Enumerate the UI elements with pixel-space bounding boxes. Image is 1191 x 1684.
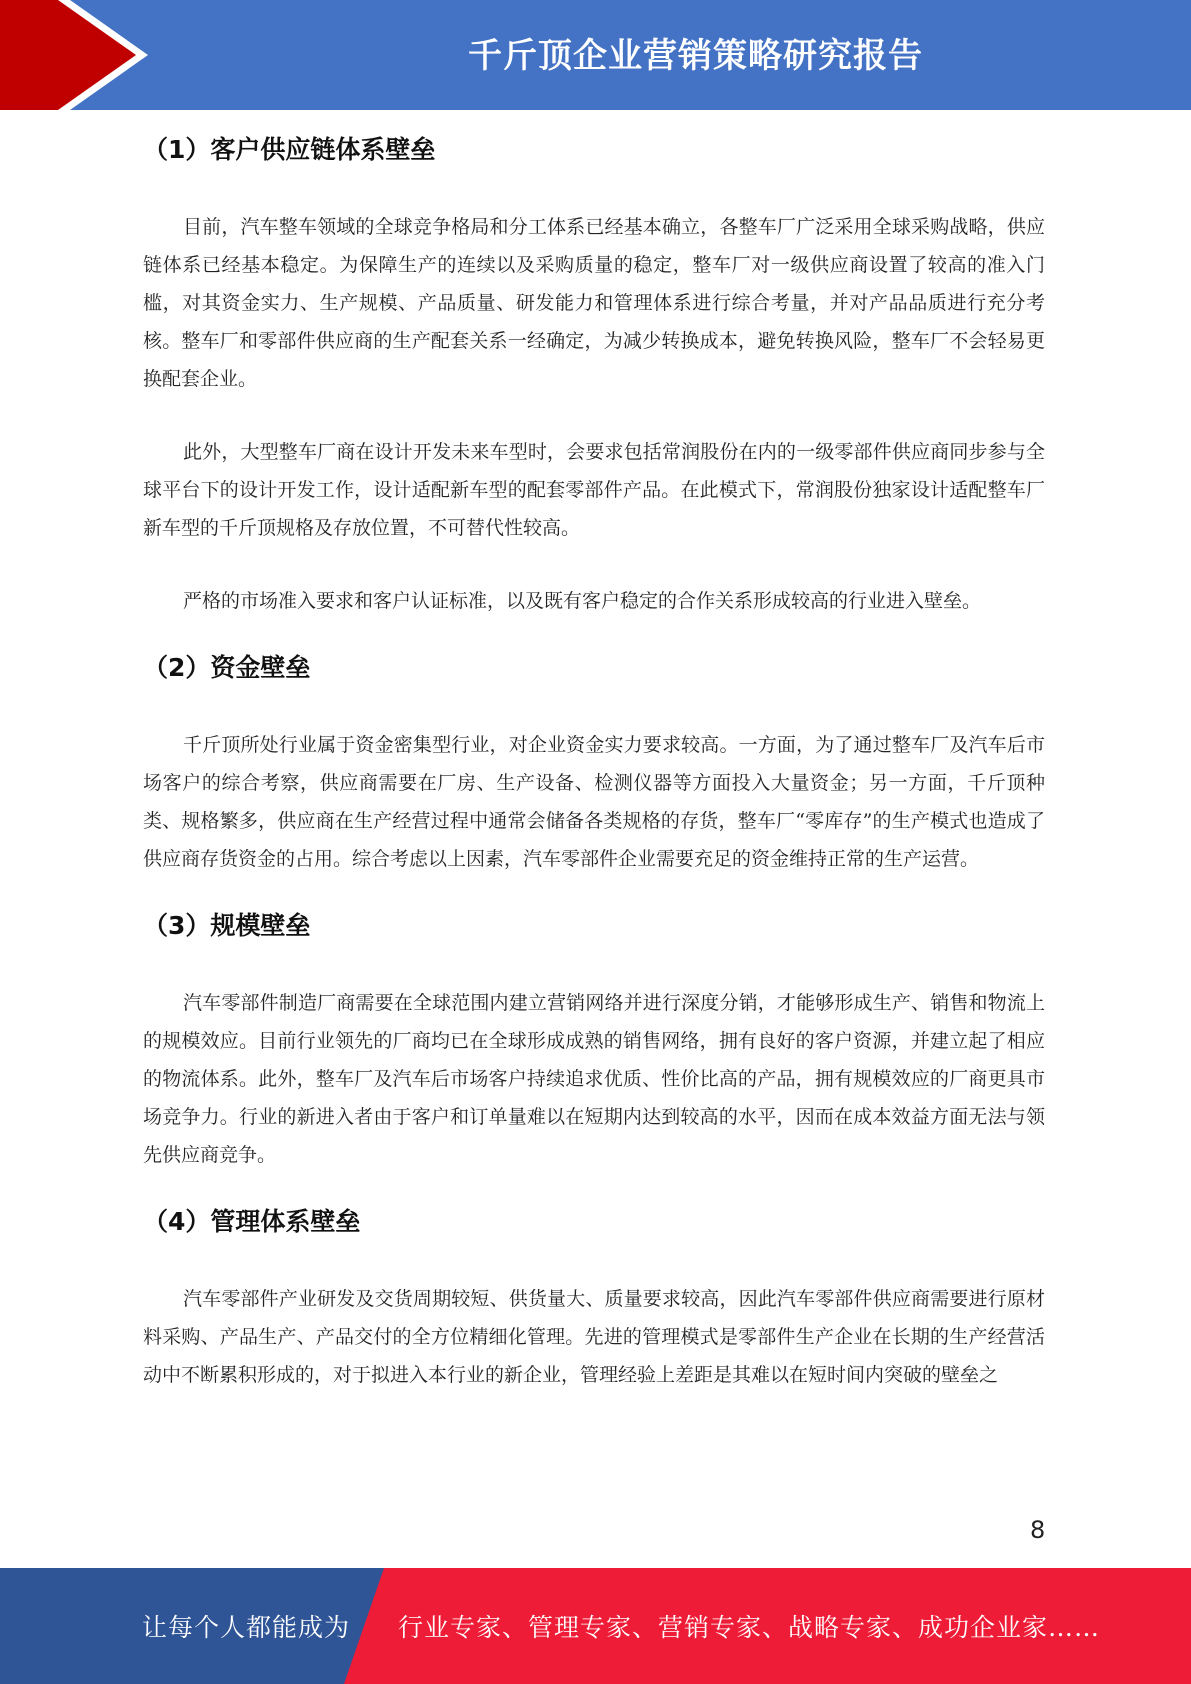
section-customer-supply-chain: （1）客户供应链体系壁垒 目前，汽车整车领域的全球竞争格局和分工体系已经基本确立… — [143, 122, 1045, 620]
page-footer: 让每个人都能成为 行业专家、管理专家、营销专家、战略专家、成功企业家…… — [0, 1568, 1191, 1684]
paragraph: 千斤顶所处行业属于资金密集型行业，对企业资金实力要求较高。一方面，为了通过整车厂… — [143, 726, 1045, 878]
paragraph: 严格的市场准入要求和客户认证标准，以及既有客户稳定的合作关系形成较高的行业进入壁… — [143, 582, 1045, 620]
paragraph: 目前，汽车整车领域的全球竞争格局和分工体系已经基本确立，各整车厂广泛采用全球采购… — [143, 208, 1045, 398]
page-header: 千斤顶企业营销策略研究报告 — [0, 0, 1191, 110]
report-title: 千斤顶企业营销策略研究报告 — [140, 0, 1191, 104]
section-management-barrier: （4）管理体系壁垒 汽车零部件产业研发及交货周期较短、供货量大、质量要求较高，因… — [143, 1194, 1045, 1394]
paragraph: 此外，大型整车厂商在设计开发未来车型时，会要求包括常润股份在内的一级零部件供应商… — [143, 433, 1045, 547]
footer-slogan-right: 行业专家、管理专家、营销专家、战略专家、成功企业家…… — [398, 1568, 1100, 1684]
section-heading: （3）规模壁垒 — [143, 898, 1045, 954]
section-heading: （1）客户供应链体系壁垒 — [143, 122, 1045, 178]
paragraph: 汽车零部件产业研发及交货周期较短、供货量大、质量要求较高，因此汽车零部件供应商需… — [143, 1280, 1045, 1394]
paragraph: 汽车零部件制造厂商需要在全球范围内建立营销网络并进行深度分销，才能够形成生产、销… — [143, 984, 1045, 1174]
section-heading: （4）管理体系壁垒 — [143, 1194, 1045, 1250]
document-body: （1）客户供应链体系壁垒 目前，汽车整车领域的全球竞争格局和分工体系已经基本确立… — [143, 122, 1045, 1394]
section-capital-barrier: （2）资金壁垒 千斤顶所处行业属于资金密集型行业，对企业资金实力要求较高。一方面… — [143, 640, 1045, 878]
section-heading: （2）资金壁垒 — [143, 640, 1045, 696]
page-number: 8 — [1030, 1516, 1045, 1544]
section-scale-barrier: （3）规模壁垒 汽车零部件制造厂商需要在全球范围内建立营销网络并进行深度分销，才… — [143, 898, 1045, 1174]
footer-slogan-left: 让每个人都能成为 — [142, 1568, 350, 1684]
